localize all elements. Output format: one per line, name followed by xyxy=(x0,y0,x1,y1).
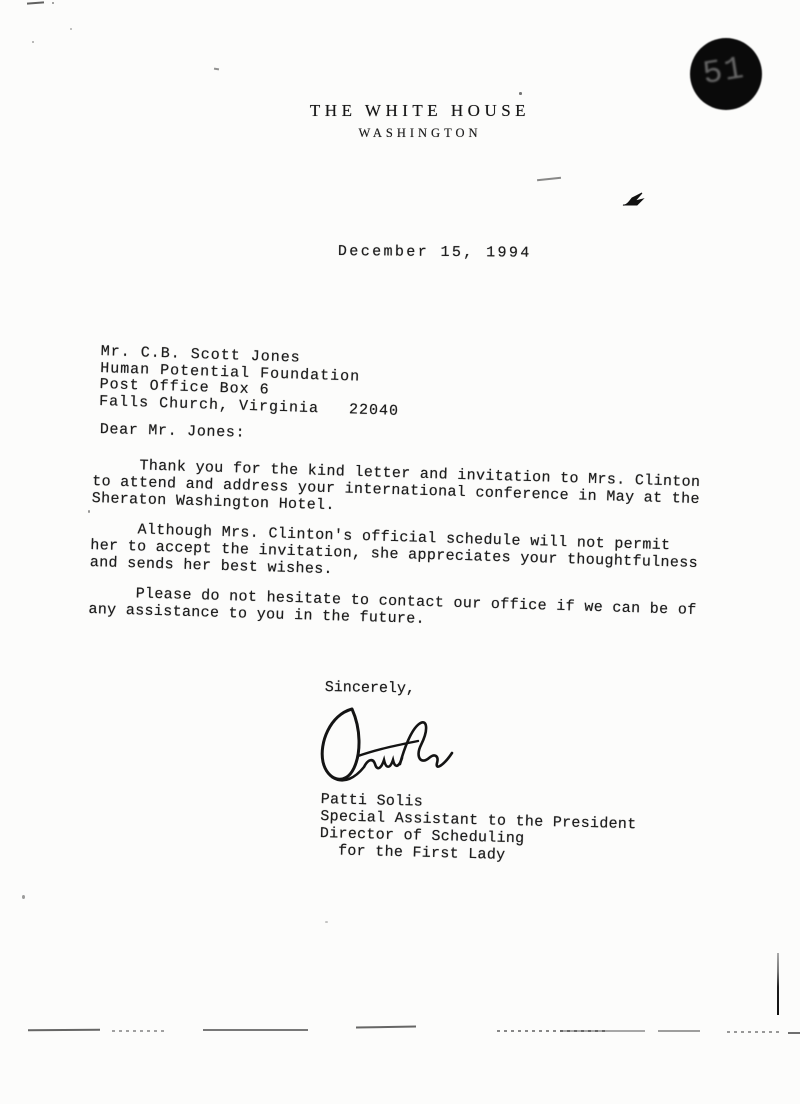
page-number-stamp: 51 xyxy=(690,38,762,110)
pen-mark-squiggle xyxy=(622,192,646,208)
paragraph-2: Although Mrs. Clinton's official schedul… xyxy=(90,520,751,591)
scan-artifact-speck xyxy=(52,2,54,4)
closing: Sincerely, xyxy=(325,679,415,697)
letterhead-title: THE WHITE HOUSE xyxy=(40,101,800,121)
recipient-address: Mr. C.B. Scott Jones Human Potential Fou… xyxy=(99,344,401,420)
scan-artifact-speck xyxy=(214,68,219,71)
scan-artifact-speck xyxy=(88,510,90,513)
salutation: Dear Mr. Jones: xyxy=(100,421,246,442)
scan-artifact-speck xyxy=(70,28,72,30)
paragraph-3: Please do not hesitate to contact our of… xyxy=(88,584,749,638)
scan-artifact-dash xyxy=(537,177,561,181)
scan-artifact-speck xyxy=(519,92,522,95)
scan-artifact-speck xyxy=(325,921,328,923)
letterhead: THE WHITE HOUSE WASHINGTON xyxy=(40,101,800,141)
scanned-letter-page: 51 THE WHITE HOUSE WASHINGTON December 1… xyxy=(0,0,800,1104)
letter-date: December 15, 1994 xyxy=(338,243,532,262)
scan-artifact-speck xyxy=(32,41,34,43)
signer-block: Patti Solis Special Assistant to the Pre… xyxy=(319,791,637,867)
paragraph-1: Thank you for the kind letter and invita… xyxy=(91,456,752,527)
letter-body: Thank you for the kind letter and invita… xyxy=(88,456,753,651)
scan-artifact-vertical-line xyxy=(777,953,779,1015)
letterhead-subtitle: WASHINGTON xyxy=(40,126,800,141)
scan-artifact-dash xyxy=(27,1,44,4)
stamp-number: 51 xyxy=(700,50,748,93)
scan-artifact-speck xyxy=(22,895,25,899)
handwritten-signature xyxy=(316,701,456,796)
